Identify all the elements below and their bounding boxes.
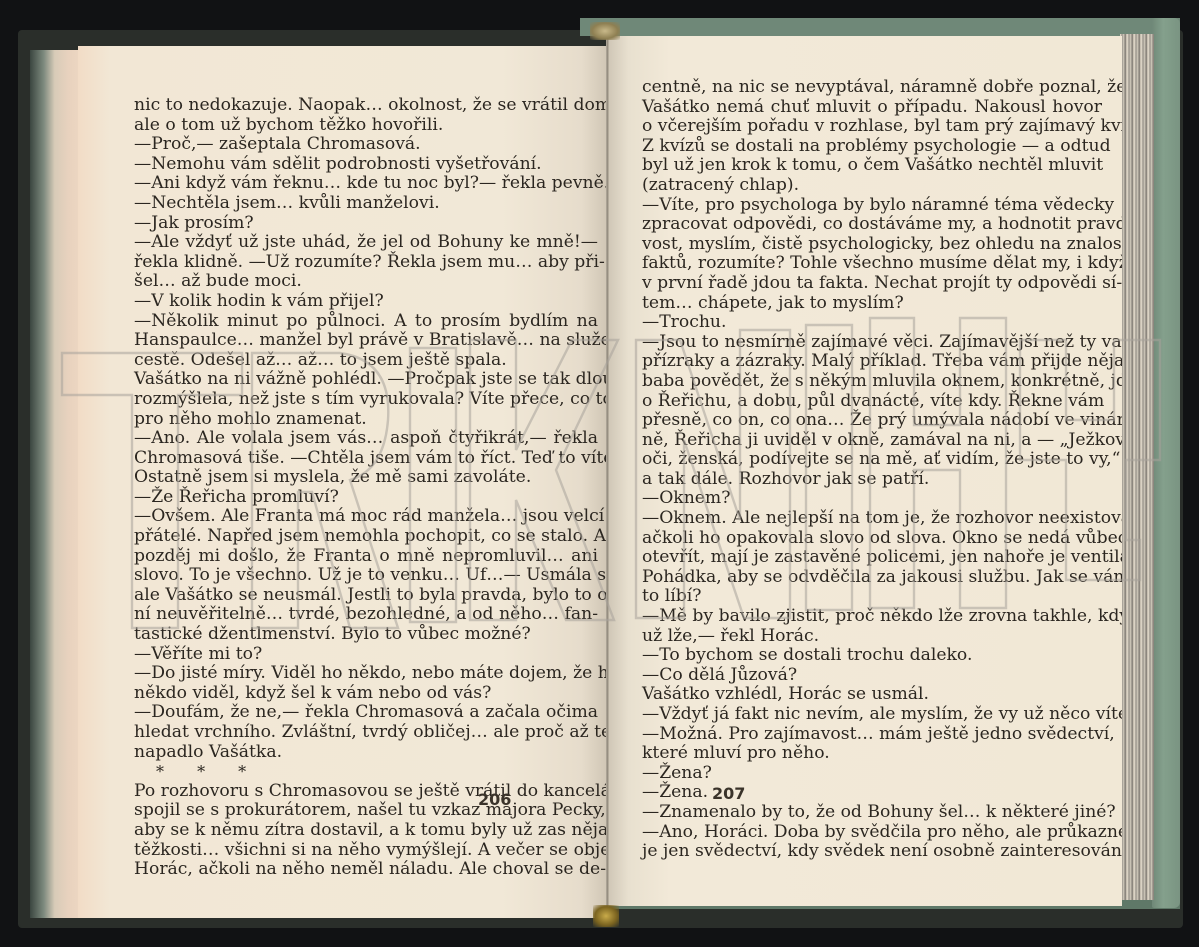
text-line: Ostatně jsem si myslela, že mě sami zavo… (134, 468, 598, 488)
text-line: nic to nedokazuje. Naopak… okolnost, že … (134, 96, 598, 116)
page-stack-right (1120, 34, 1154, 900)
text-line: cestě. Odešel až… až… to jsem ještě spal… (134, 351, 598, 371)
text-line: Horác, ačkoli na něho neměl náladu. Ale … (134, 860, 598, 880)
text-line: —Trochu. (642, 313, 1102, 333)
text-line: ní neuvěřitelně… tvrdé, bezohledné, a od… (134, 605, 598, 625)
text-line: faktů, rozumíte? Tohle všechno musíme dě… (642, 254, 1102, 274)
text-line: ačkoli ho opakovala slovo od slova. Okno… (642, 529, 1102, 549)
text-line: —V kolik hodin k vám přijel? (134, 292, 598, 312)
text-line: —Žena? (642, 764, 1102, 784)
text-line: —Co dělá Jůzová? (642, 666, 1102, 686)
text-line: v první řadě jdou ta fakta. Nechat projí… (642, 274, 1102, 294)
text-line: pro něho mohlo znamenat. (134, 410, 598, 430)
text-line: Z kvízů se dostali na problémy psycholog… (642, 137, 1102, 157)
text-line: —Proč,— zašeptala Chromasová. (134, 135, 598, 155)
left-page-text: nic to nedokazuje. Naopak… okolnost, že … (134, 96, 598, 880)
text-line: přesně, co on, co ona… Že prý umývala ná… (642, 411, 1102, 431)
text-line: slovo. To je všechno. Už je to venku… Uf… (134, 566, 598, 586)
text-line: a tak dále. Rozhovor jak se patří. (642, 470, 1102, 490)
text-line: —Znamenalo by to, že od Bohuny šel… k ně… (642, 803, 1102, 823)
cover-right-edge (1152, 18, 1180, 908)
text-line: —Ani když vám řeknu… kde tu noc byl?— ře… (134, 174, 598, 194)
bookmark-ribbon-top (590, 22, 620, 40)
text-line: Po rozhovoru s Chromasovou se ještě vrát… (134, 782, 598, 802)
right-page: centně, na nic se nevyptával, náramně do… (608, 36, 1122, 906)
text-line: —Jak prosím? (134, 214, 598, 234)
text-line: —Oknem? (642, 489, 1102, 509)
text-line: tem… chápete, jak to myslím? (642, 294, 1102, 314)
text-line: —Doufám, že ne,— řekla Chromasová a zača… (134, 703, 598, 723)
text-line: spojil se s prokurátorem, našel tu vzkaz… (134, 801, 598, 821)
text-line: ale Vašátko se neusmál. Jestli to byla p… (134, 586, 598, 606)
text-line: —Nechtěla jsem… kvůli manželovi. (134, 194, 598, 214)
text-line: —Nemohu vám sdělit podrobnosti vyšetřová… (134, 155, 598, 175)
text-line: —Oknem. Ale nejlepší na tom je, že rozho… (642, 509, 1102, 529)
text-line: pozděj mi došlo, že Franta o mně neproml… (134, 547, 598, 567)
text-line: —Ale vždyť už jste uhád, že jel od Bohun… (134, 233, 598, 253)
text-line: —Do jisté míry. Viděl ho někdo, nebo mát… (134, 664, 598, 684)
text-line: —Jsou to nesmírně zajímavé věci. Zajímav… (642, 333, 1102, 353)
text-line: přízraky a zázraky. Malý příklad. Třeba … (642, 352, 1102, 372)
text-line: rozmýšlela, než jste s tím vyrukovala? V… (134, 390, 598, 410)
text-line: šel… až bude moci. (134, 272, 598, 292)
text-line: —Vždyť já fakt nic nevím, ale myslím, že… (642, 705, 1102, 725)
text-line: —Ano, Horáci. Doba by svědčila pro něho,… (642, 823, 1102, 843)
page-stack-left (30, 50, 85, 918)
text-line: Vašátko vzhlédl, Horác se usmál. (642, 685, 1102, 705)
right-page-number: 207 (712, 784, 745, 803)
text-line: které mluví pro něho. (642, 744, 1102, 764)
left-page: nic to nedokazuje. Naopak… okolnost, že … (78, 46, 608, 918)
text-line: baba povědět, že s někým mluvila oknem, … (642, 372, 1102, 392)
left-page-number: 206 (478, 790, 511, 809)
text-line: Vašátko na ni vážně pohlédl. —Pročpak js… (134, 370, 598, 390)
text-line: už lže,— řekl Horác. (642, 627, 1102, 647)
right-page-text: centně, na nic se nevyptával, náramně do… (642, 78, 1102, 862)
text-line: (zatracený chlap). (642, 176, 1102, 196)
text-line: Chromasová tiše. —Chtěla jsem vám to říc… (134, 449, 598, 469)
text-line: —To bychom se dostali trochu daleko. (642, 646, 1102, 666)
text-line: je jen svědectví, kdy svědek není osobně… (642, 842, 1102, 862)
text-line: tastické džentlmenství. Bylo to vůbec mo… (134, 625, 598, 645)
text-line: vost, myslím, čistě psychologicky, bez o… (642, 235, 1102, 255)
text-line: o Řeřichu, a dobu, půl dvanácté, víte kd… (642, 392, 1102, 412)
text-line: řekla klidně. —Už rozumíte? Řekla jsem m… (134, 253, 598, 273)
book-gutter (606, 36, 609, 916)
bookmark-ribbon-bottom (593, 905, 619, 927)
text-line: otevřít, mají je zastavěné policemi, jen… (642, 548, 1102, 568)
text-line: to líbí? (642, 587, 1102, 607)
text-line: někdo viděl, když šel k vám nebo od vás? (134, 684, 598, 704)
text-line: hledat vrchního. Zvláštní, tvrdý obličej… (134, 723, 598, 743)
text-line: napadlo Vašátka. (134, 743, 598, 763)
text-line: Hanspaulce… manžel byl právě v Bratislav… (134, 331, 598, 351)
text-line: —Ovšem. Ale Franta má moc rád manžela… j… (134, 507, 598, 527)
text-line: —Žena. (642, 783, 1102, 803)
text-line: o včerejším pořadu v rozhlase, byl tam p… (642, 117, 1102, 137)
text-line: —Několik minut po půlnoci. A to prosím b… (134, 312, 598, 332)
text-line: —Možná. Pro zajímavost… mám ještě jedno … (642, 725, 1102, 745)
text-line: ně, Řeřicha ji uviděl v okně, zamával na… (642, 431, 1102, 451)
section-break-asterisks: * * * (134, 762, 598, 782)
text-line: —Víte, pro psychologa by bylo náramné té… (642, 196, 1102, 216)
text-line: aby se k němu zítra dostavil, a k tomu b… (134, 821, 598, 841)
text-line: byl už jen krok k tomu, o čem Vašátko ne… (642, 156, 1102, 176)
cover-top-edge (580, 18, 1180, 36)
text-line: Pohádka, aby se odvděčila za jakousi slu… (642, 568, 1102, 588)
text-line: —Mě by bavilo zjistit, proč někdo lže zr… (642, 607, 1102, 627)
text-line: —Ano. Ale volala jsem vás… aspoň čtyřikr… (134, 429, 598, 449)
text-line: přátelé. Napřed jsem nemohla pochopit, c… (134, 527, 598, 547)
text-line: Vašátko nemá chuť mluvit o případu. Nako… (642, 98, 1102, 118)
text-line: zpracovat odpovědi, co dostáváme my, a h… (642, 215, 1102, 235)
text-line: —Věříte mi to? (134, 645, 598, 665)
text-line: —Že Řeřicha promluví? (134, 488, 598, 508)
text-line: těžkosti… všichni si na něho vymýšlejí. … (134, 841, 598, 861)
text-line: centně, na nic se nevyptával, náramně do… (642, 78, 1102, 98)
text-line: ale o tom už bychom těžko hovořili. (134, 116, 598, 136)
text-line: oči, ženská, podívejte se na mě, ať vidí… (642, 450, 1102, 470)
